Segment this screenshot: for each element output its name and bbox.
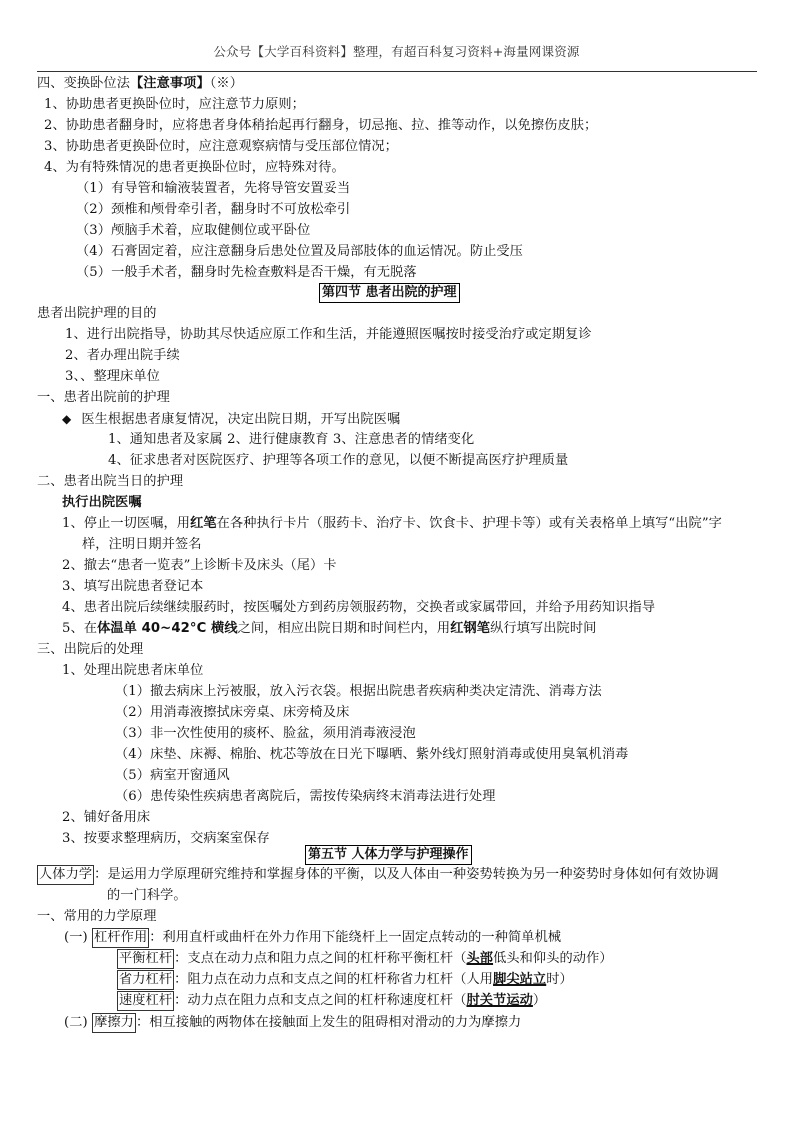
sub-list-item: （3）非一次性使用的痰杯、脸盆，须用消毒液浸泡 [115, 724, 416, 744]
sub-list-item: （5）一般手术者，翻身时先检查敷料是否干燥，有无脱落 [76, 263, 417, 283]
text: ：利用直杆或曲杆在外力作用下能绕杆上一固定点转动的一种简单机械 [149, 930, 561, 945]
list-item: 4、患者出院后续继续服药时，按医嘱处方到药房领服药物，交换者或家属带回，并给予用… [62, 598, 655, 618]
sub-list-item: （4）床垫、床褥、棉胎、枕芯等放在日光下曝晒、紫外线灯照射消毒或使用臭氧机消毒 [115, 745, 628, 765]
prefix: (一) [64, 930, 88, 945]
page-header: 公众号【大学百科资料】整理，有超百科复习资料+海量网课资源 [0, 42, 793, 60]
text: 在各种执行卡片（服药卡、治疗卡、饮食卡、护理卡等）或有关表格单上填写“出院”字 [217, 516, 722, 531]
section-heading-change-position: 四、变换卧位法【注意事项】（※） [37, 74, 243, 94]
list-item: 4、为有特殊情况的患者更换卧位时，应特殊对待。 [44, 158, 345, 178]
list-item: 3、填写出院患者登记本 [62, 577, 203, 597]
list-item: 2、铺好备用床 [62, 808, 150, 828]
part-heading: 二、患者出院当日的护理 [37, 472, 183, 492]
heading-text: 四、变换卧位法 [37, 76, 130, 91]
list-item: 1、通知患者及家属 2、进行健康教育 3、注意患者的情绪变化 [108, 430, 474, 450]
subheading: 执行出院医嘱 [62, 493, 142, 513]
bold-text: 体温单 40~42°C 横线 [97, 621, 238, 636]
boxed-term: 速度杠杆 [117, 991, 174, 1011]
text: 1、停止一切医嘱，用 [62, 516, 190, 531]
list-item: 1、协助患者更换卧位时，应注意节力原则； [44, 95, 305, 115]
header-divider [37, 71, 757, 72]
text: 低头和仰头的动作） [493, 951, 613, 966]
text: 之间，相应出院日期和时间栏内，用 [238, 621, 451, 636]
text: 时） [546, 972, 573, 987]
lever-type-balance: 平衡杠杆：支点在动力点和阻力点之间的杠杆称平衡杠杆（头部低头和仰头的动作） [117, 949, 613, 969]
list-item: 5、在体温单 40~42°C 横线之间，相应出院日期和时间栏内，用红钢笔纵行填写… [62, 619, 596, 639]
lever-definition: (一) 杠杆作用：利用直杆或曲杆在外力作用下能绕杆上一固定点转动的一种简单机械 [64, 928, 561, 948]
part-heading: 一、常用的力学原理 [37, 907, 157, 927]
bold-underlined-text: 肘关节运动 [466, 993, 532, 1008]
list-item: 1、进行出院指导，协助其尽快适应原工作和生活，并能遵照医嘱按时接受治疗或定期复诊 [65, 325, 592, 345]
diamond-bullet-icon: ◆ [62, 409, 71, 429]
purpose-heading: 患者出院护理的目的 [37, 304, 157, 324]
list-item: 3、、整理床单位 [65, 367, 160, 387]
text: ） [533, 993, 546, 1008]
boxed-term: 杠杆作用 [92, 928, 149, 948]
prefix: (二) [64, 1015, 88, 1030]
sub-list-item: （2）颈椎和颅骨牵引者，翻身时不可放松牵引 [76, 200, 350, 220]
sub-list-item: （2）用消毒液擦拭床旁桌、床旁椅及床 [115, 703, 349, 723]
sub-list-item: （1）有导管和输液装置者，先将导管安置妥当 [76, 179, 350, 199]
sub-list-item: （4）石膏固定着，应注意翻身后患处位置及局部肢体的血运情况。防止受压 [76, 242, 523, 262]
definition-text: ：是运用力学原理研究维持和掌握身体的平衡，以及人体由一种姿势转换为另一种姿势时身… [94, 867, 719, 882]
boxed-term: 摩擦力 [92, 1013, 136, 1033]
list-item: 4、征求患者对医院医疗、护理等各项工作的意见，以便不断提高医疗护理质量 [108, 451, 568, 471]
part-heading: 一、患者出院前的护理 [37, 388, 170, 408]
boxed-term: 人体力学 [37, 865, 94, 885]
text: ：动力点在阻力点和支点之间的杠杆称速度杠杆（ [174, 993, 466, 1008]
part-heading: 三、出院后的处理 [37, 640, 143, 660]
heading-suffix: （※） [210, 76, 243, 91]
definition: 人体力学：是运用力学原理研究维持和掌握身体的平衡，以及人体由一种姿势转换为另一种… [37, 865, 719, 885]
chapter-title-body-mechanics: 第五节 人体力学与护理操作 [305, 845, 472, 865]
chapter-title-discharge: 第四节 患者出院的护理 [319, 283, 460, 303]
bold-underlined-text: 脚尖站立 [493, 972, 546, 987]
list-item: 1、处理出院患者床单位 [62, 661, 203, 681]
friction-definition: (二) 摩擦力：相互接触的两物体在接触面上发生的阻碍相对滑动的力为摩擦力 [64, 1013, 521, 1033]
text: ：支点在动力点和阻力点之间的杠杆称平衡杠杆（ [174, 951, 466, 966]
bullet-item: ◆医生根据患者康复情况，决定出院日期，开写出院医嘱 [62, 409, 400, 430]
heading-bold-text: 【注意事项】 [130, 76, 210, 91]
boxed-term: 平衡杠杆 [117, 949, 174, 969]
sub-list-item: （5）病室开窗通风 [115, 766, 230, 786]
list-item: 3、协助患者更换卧位时，应注意观察病情与受压部位情况； [44, 137, 398, 157]
text: 5、在 [62, 621, 97, 636]
list-item-continuation: 样，注明日期并签名 [82, 535, 202, 555]
text: 纵行填写出院时间 [490, 621, 596, 636]
bold-text: 红钢笔 [450, 621, 490, 636]
list-item: 2、撤去“患者一览表”上诊断卡及床头（尾）卡 [62, 556, 337, 576]
sub-list-item: （6）患传染性疾病患者离院后，需按传染病终末消毒法进行处理 [115, 787, 496, 807]
list-item: 2、者办理出院手续 [65, 346, 180, 366]
bold-text: 红笔 [190, 516, 217, 531]
text: ：阻力点在动力点和支点之间的杠杆称省力杠杆（人用 [174, 972, 493, 987]
list-item: 2、协助患者翻身时，应将患者身体稍抬起再行翻身，切忌拖、拉、推等动作，以免擦伤皮… [44, 116, 597, 136]
sub-list-item: （3）颅脑手术着，应取健侧位或平卧位 [76, 221, 310, 241]
bold-underlined-text: 头部 [466, 951, 493, 966]
lever-type-speed: 速度杠杆：动力点在阻力点和支点之间的杠杆称速度杠杆（肘关节运动） [117, 991, 546, 1011]
definition-continuation: 的一门科学。 [107, 886, 187, 906]
lever-type-force-saving: 省力杠杆：阻力点在动力点和支点之间的杠杆称省力杠杆（人用脚尖站立时） [117, 970, 573, 990]
list-item: 1、停止一切医嘱，用红笔在各种执行卡片（服药卡、治疗卡、饮食卡、护理卡等）或有关… [62, 514, 722, 534]
sub-list-item: （1）撤去病床上污被服，放入污衣袋。根据出院患者疾病种类决定清洗、消毒方法 [115, 682, 602, 702]
bullet-text: 医生根据患者康复情况，决定出院日期，开写出院医嘱 [81, 412, 400, 427]
text: ：相互接触的两物体在接触面上发生的阻碍相对滑动的力为摩擦力 [136, 1015, 521, 1030]
list-item: 3、按要求整理病历，交病案室保存 [62, 829, 270, 849]
boxed-term: 省力杠杆 [117, 970, 174, 990]
